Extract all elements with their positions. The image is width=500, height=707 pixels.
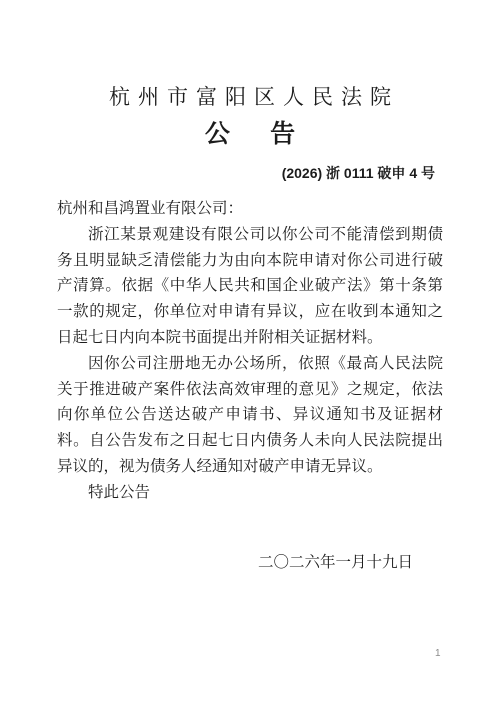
case-number: (2026) 浙 0111 破申 4 号: [57, 163, 443, 183]
document-title: 公 告: [57, 120, 443, 150]
body-paragraph-1: 浙江某景观建设有限公司以你公司不能清偿到期债务且明显缺乏清偿能力为由向本院申请对…: [57, 222, 443, 351]
document-page: 杭州市富阳区人民法院 公 告 (2026) 浙 0111 破申 4 号 杭州和昌…: [0, 0, 500, 707]
closing-line: 特此公告: [57, 480, 443, 506]
addressee-line: 杭州和昌鸿置业有限公司：: [57, 196, 443, 222]
document-body: 杭州和昌鸿置业有限公司： 浙江某景观建设有限公司以你公司不能清偿到期债务且明显缺…: [57, 196, 443, 506]
page-number: 1: [435, 648, 441, 660]
document-content: 杭州市富阳区人民法院 公 告 (2026) 浙 0111 破申 4 号 杭州和昌…: [0, 0, 500, 574]
body-paragraph-2: 因你公司注册地无办公场所，依照《最高人民法院关于推进破产案件依法高效审理的意见》…: [57, 351, 443, 480]
court-name-heading: 杭州市富阳区人民法院: [57, 84, 443, 110]
date-line: 二〇二六年一月十九日: [57, 552, 443, 574]
